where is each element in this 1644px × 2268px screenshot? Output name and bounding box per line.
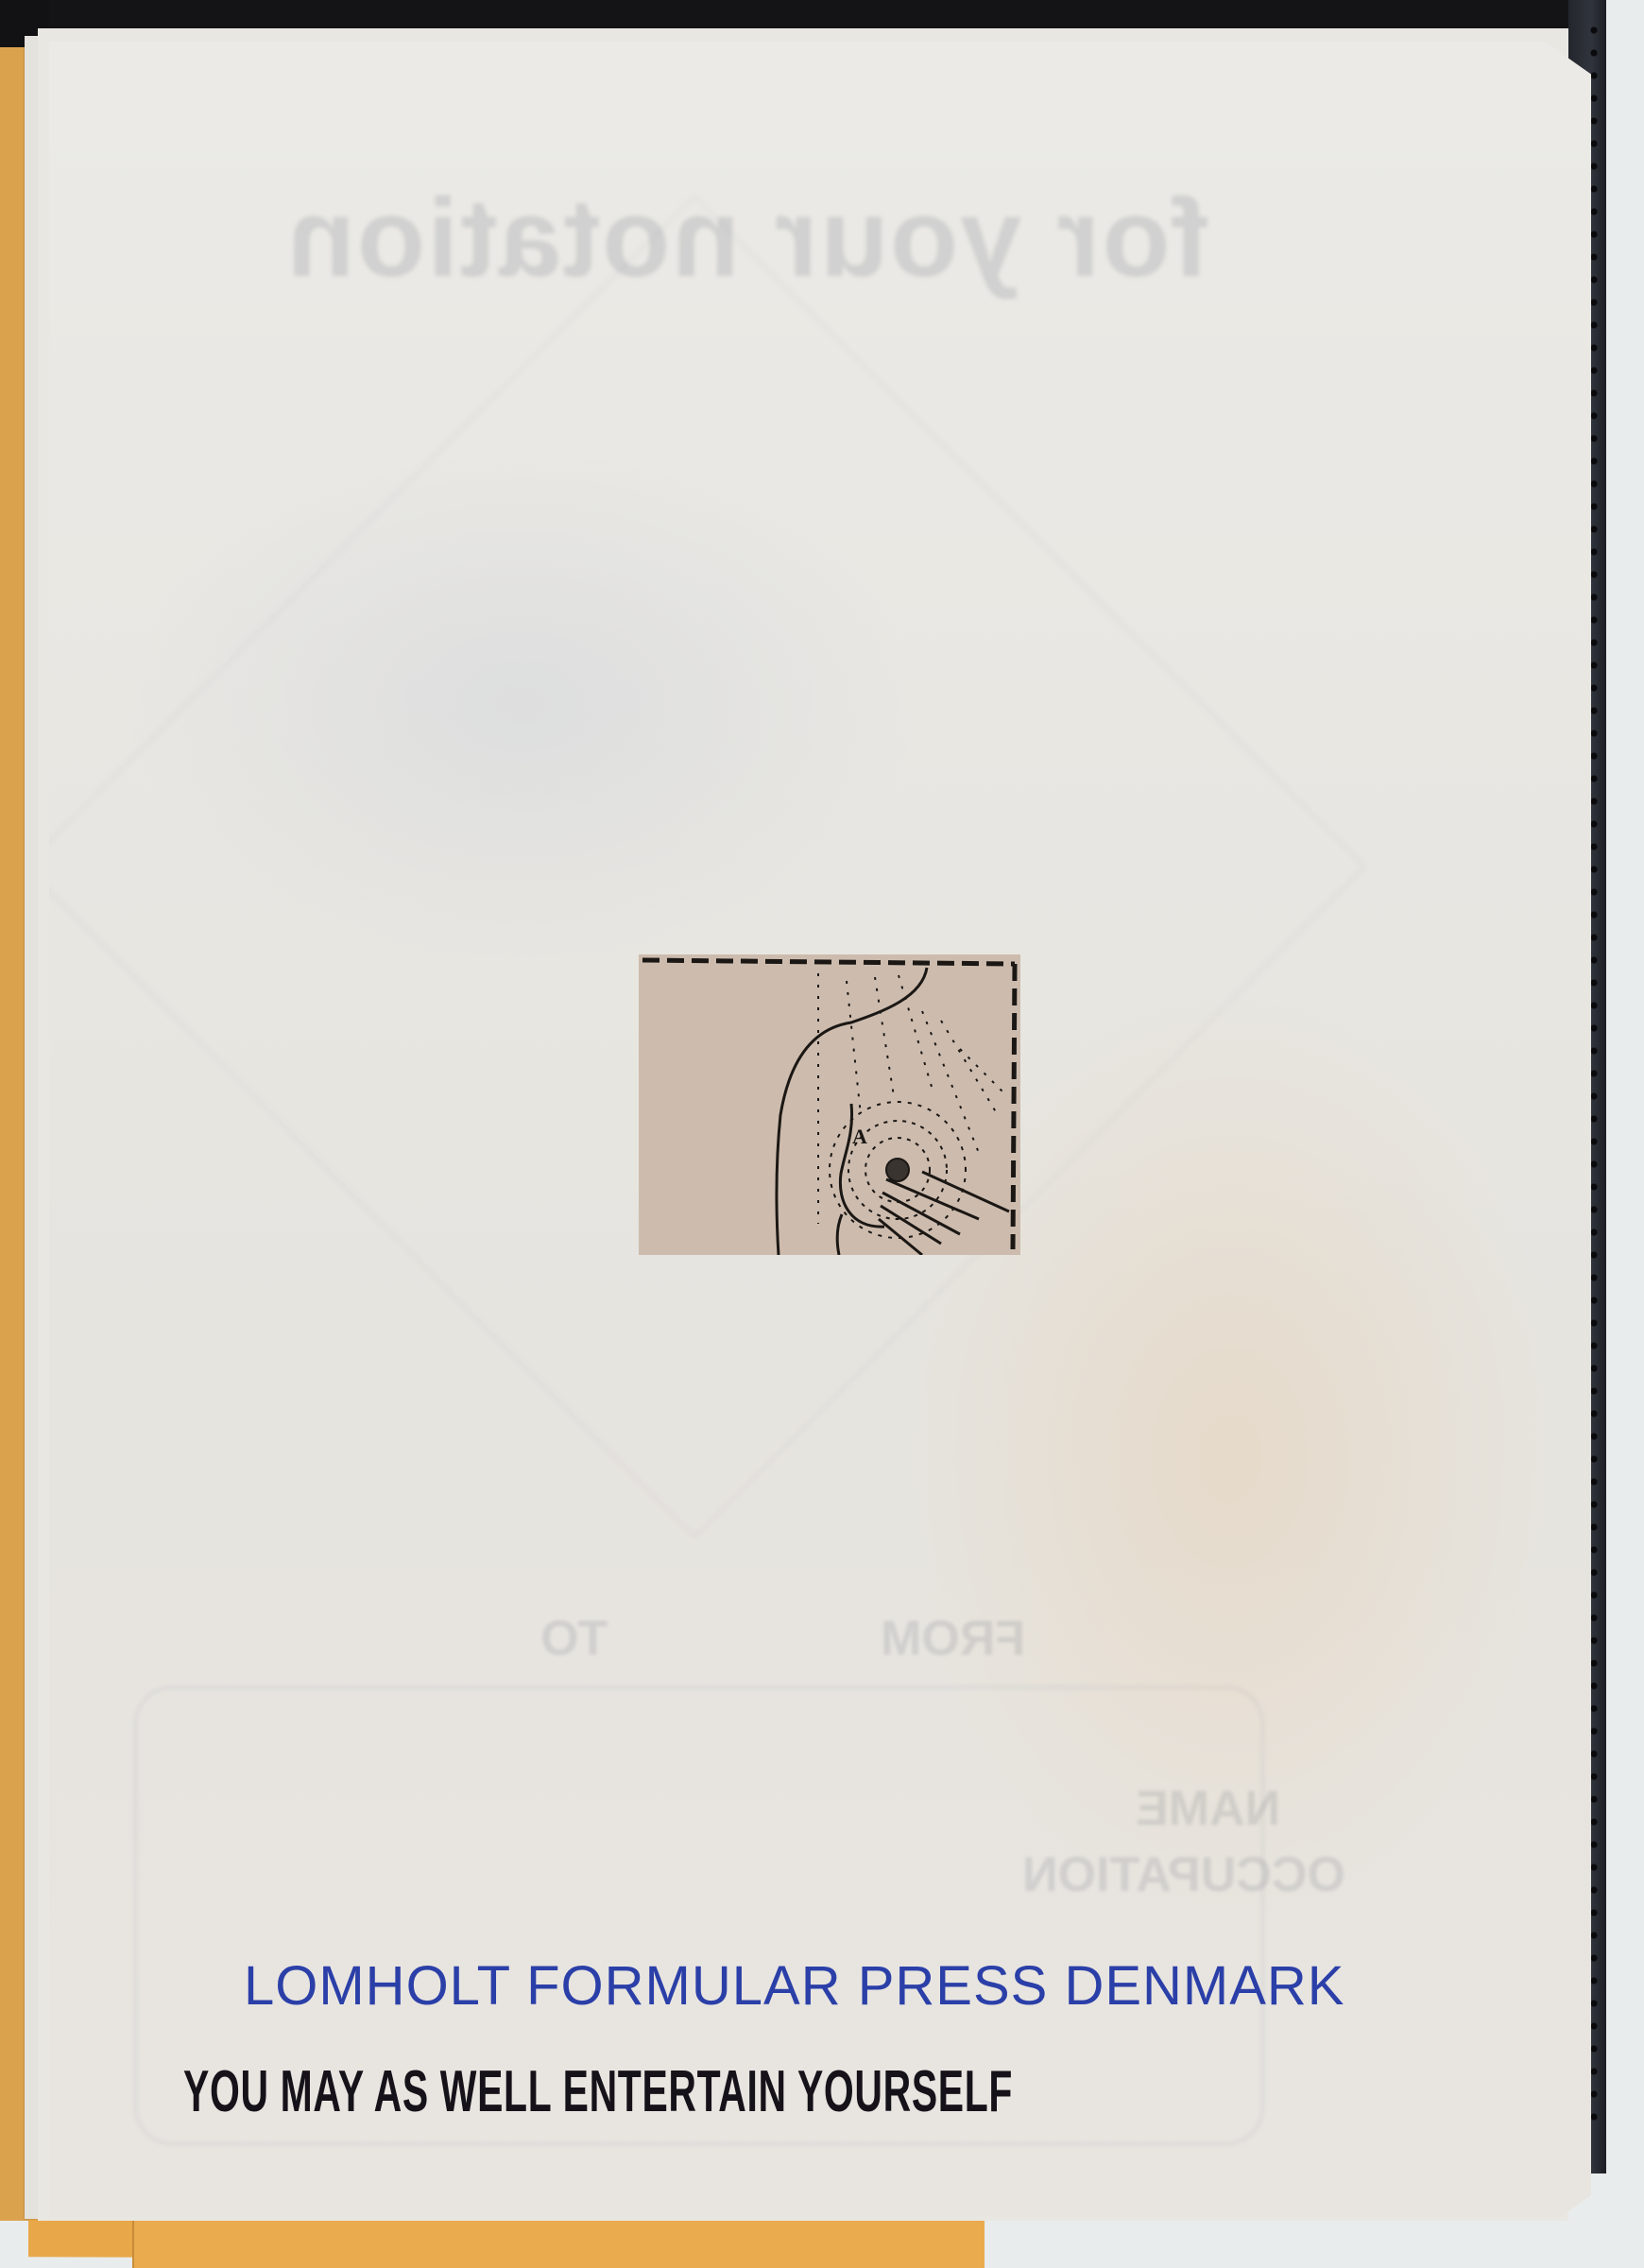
self-examination-diagram-icon: A: [639, 954, 1020, 1255]
illustration-cutout: A: [639, 954, 1020, 1255]
publisher-line: LOMHOLT FORMULAR PRESS DENMARK: [244, 1954, 1344, 2018]
show-through-label-to: TO: [540, 1610, 608, 1667]
slogan-line: YOU MAY AS WELL ENTERTAIN YOURSELF: [183, 2058, 1013, 2125]
show-through-label-from: FROM: [881, 1610, 1025, 1667]
show-through-label-name: NAME: [1136, 1780, 1280, 1837]
show-through-label-occupation: OCCUPATION: [1022, 1847, 1345, 1903]
diagram-label: A: [852, 1125, 867, 1148]
kraft-envelope-edge-bottom-2: [132, 2216, 985, 2268]
show-through-diamond-shape: [23, 195, 1367, 1539]
